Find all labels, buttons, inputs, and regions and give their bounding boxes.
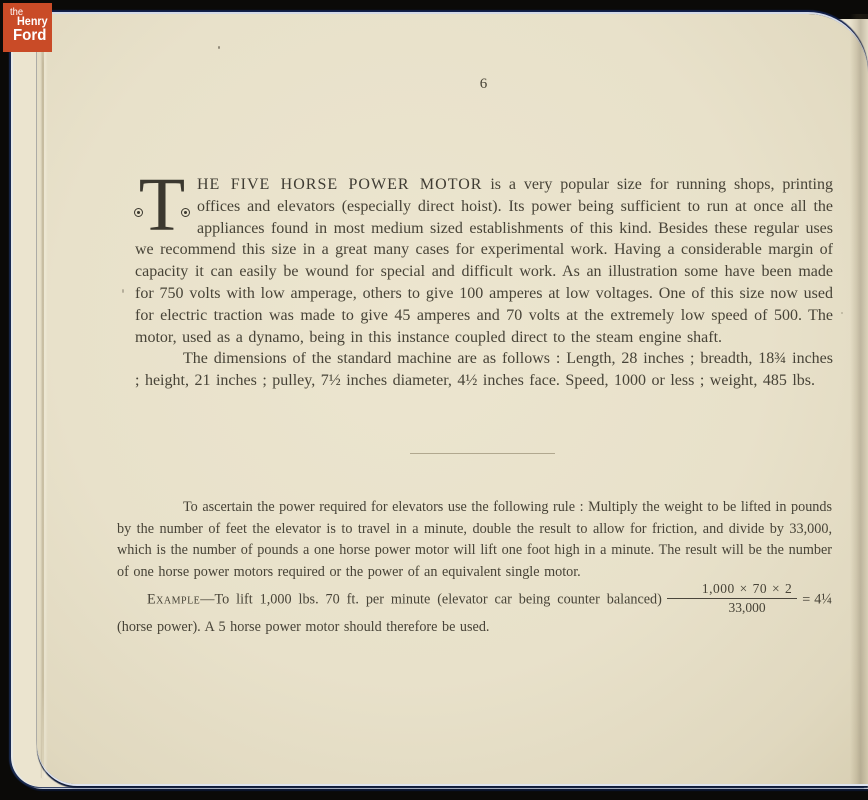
dust-speck — [122, 289, 124, 293]
elevator-rule-block: To ascertain the power required for elev… — [117, 497, 832, 639]
dimensions-paragraph: The dimensions of the standard machine a… — [135, 348, 833, 392]
equals-sign: = — [802, 592, 810, 608]
example-text: —To lift 1,000 lbs. 70 ft. per minute (e… — [200, 592, 662, 608]
paragraph-body: is a very popular size for running shops… — [135, 176, 833, 346]
ornamental-initial: T — [135, 177, 189, 239]
dust-speck — [841, 312, 843, 314]
fraction-numerator: 1,000 × 70 × 2 — [667, 581, 797, 599]
fraction-denominator: 33,000 — [667, 599, 797, 616]
dropcap-letter: T — [135, 177, 189, 233]
book-page — [37, 14, 868, 784]
section-divider — [410, 453, 555, 454]
scanned-page-view: the Henry Ford 6 THE FIVE HORSE POWER MO… — [0, 0, 868, 800]
example-conclusion: (horse power). A 5 horse power motor sho… — [117, 619, 489, 635]
dust-speck — [218, 46, 220, 49]
opening-paragraph: THE FIVE HORSE POWER MOTOR is a very pop… — [135, 174, 833, 348]
rule-paragraph: To ascertain the power required for elev… — [117, 497, 832, 583]
example-paragraph: Example—To lift 1,000 lbs. 70 ft. per mi… — [117, 583, 832, 639]
page-right-edge-shading — [850, 14, 868, 784]
example-label: Example — [147, 592, 200, 608]
main-text-block: THE FIVE HORSE POWER MOTOR is a very pop… — [135, 174, 833, 392]
logo-word-ford: Ford — [13, 27, 46, 45]
fraction-result: 4¼ — [814, 592, 832, 608]
page-fold-crease — [42, 18, 44, 778]
henry-ford-logo: the Henry Ford — [3, 3, 52, 52]
dropcap-ornament-left — [134, 208, 143, 217]
heading-caps: HE FIVE HORSE POWER MOTOR — [197, 176, 482, 193]
fraction: 1,000 × 70 × 233,000 — [667, 581, 797, 615]
dropcap-ornament-right — [181, 208, 190, 217]
page-number: 6 — [135, 76, 833, 93]
